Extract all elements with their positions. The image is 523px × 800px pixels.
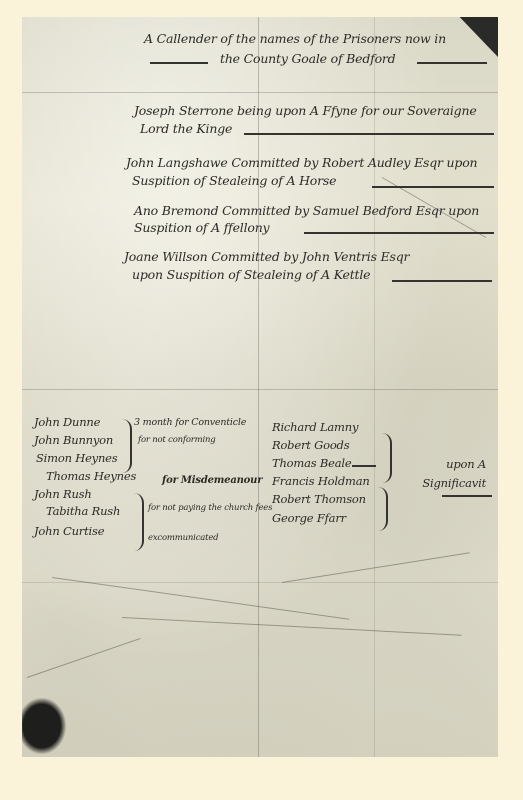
offence-note: 3 month for Conventicle bbox=[134, 417, 246, 428]
prisoner-name: Robert Goods bbox=[272, 438, 349, 452]
ink-blot bbox=[22, 698, 66, 754]
entry-2-line-2: Suspition of Stealeing of A Horse bbox=[132, 173, 336, 188]
offence-note: for not paying the church fees bbox=[148, 503, 272, 513]
entry-rule bbox=[392, 280, 492, 282]
entry-4-line-2: upon Suspition of Stealeing of A Kettle bbox=[132, 267, 370, 282]
grouping-brace bbox=[378, 487, 388, 531]
significavit-note: upon A Significavit bbox=[400, 455, 486, 493]
heading-line-2: the County Goale of Bedford bbox=[220, 51, 395, 66]
prisoner-name: Tabitha Rush bbox=[46, 504, 120, 518]
entry-rule bbox=[244, 133, 494, 135]
fold-line bbox=[22, 389, 498, 390]
crease bbox=[282, 552, 470, 583]
crease bbox=[122, 617, 462, 636]
grouping-brace bbox=[122, 419, 132, 473]
prisoner-name: Richard Lamny bbox=[272, 420, 358, 434]
entry-1-line-1: Joseph Sterrone being upon A Ffyne for o… bbox=[134, 103, 477, 118]
heading-flourish bbox=[417, 62, 487, 64]
entry-3-line-2: Suspition of A ffellony bbox=[134, 220, 269, 235]
grouping-brace bbox=[134, 493, 144, 551]
prisoner-name: George Ffarr bbox=[272, 511, 346, 525]
prisoner-name: John Rush bbox=[34, 487, 92, 501]
note-rule bbox=[442, 495, 492, 497]
prisoner-name: Simon Heynes bbox=[36, 451, 118, 465]
prisoner-name: Robert Thomson bbox=[272, 492, 366, 506]
offence-note: excommunicated bbox=[148, 533, 218, 543]
torn-corner bbox=[450, 17, 498, 57]
prisoner-name: John Curtise bbox=[34, 524, 104, 538]
prisoner-name: John Bunnyon bbox=[34, 433, 113, 447]
crease bbox=[27, 638, 141, 678]
manuscript-page: A Callender of the names of the Prisoner… bbox=[22, 17, 498, 757]
prisoner-name: Francis Holdman bbox=[272, 474, 370, 488]
entry-4-line-1: Joane Willson Committed by John Ventris … bbox=[124, 249, 409, 264]
fold-line bbox=[22, 92, 498, 93]
grouping-brace bbox=[380, 433, 392, 483]
heading-flourish bbox=[150, 62, 208, 64]
offence-note: for Misdemeanour bbox=[162, 475, 262, 486]
entry-rule bbox=[304, 232, 494, 234]
fold-line bbox=[258, 17, 259, 757]
entry-rule bbox=[372, 186, 494, 188]
prisoner-name: Thomas Beale bbox=[272, 456, 352, 470]
crease bbox=[52, 577, 349, 620]
entry-2-line-1: John Langshawe Committed by Robert Audle… bbox=[126, 155, 477, 170]
prisoner-name: John Dunne bbox=[34, 415, 100, 429]
fold-line bbox=[374, 17, 375, 757]
entry-3-line-1: Ano Bremond Committed by Samuel Bedford … bbox=[134, 203, 479, 218]
entry-1-line-2: Lord the Kinge bbox=[140, 121, 232, 136]
offence-note: for not conforming bbox=[138, 435, 216, 445]
brace-tick bbox=[352, 465, 376, 467]
heading-line-1: A Callender of the names of the Prisoner… bbox=[144, 31, 446, 46]
